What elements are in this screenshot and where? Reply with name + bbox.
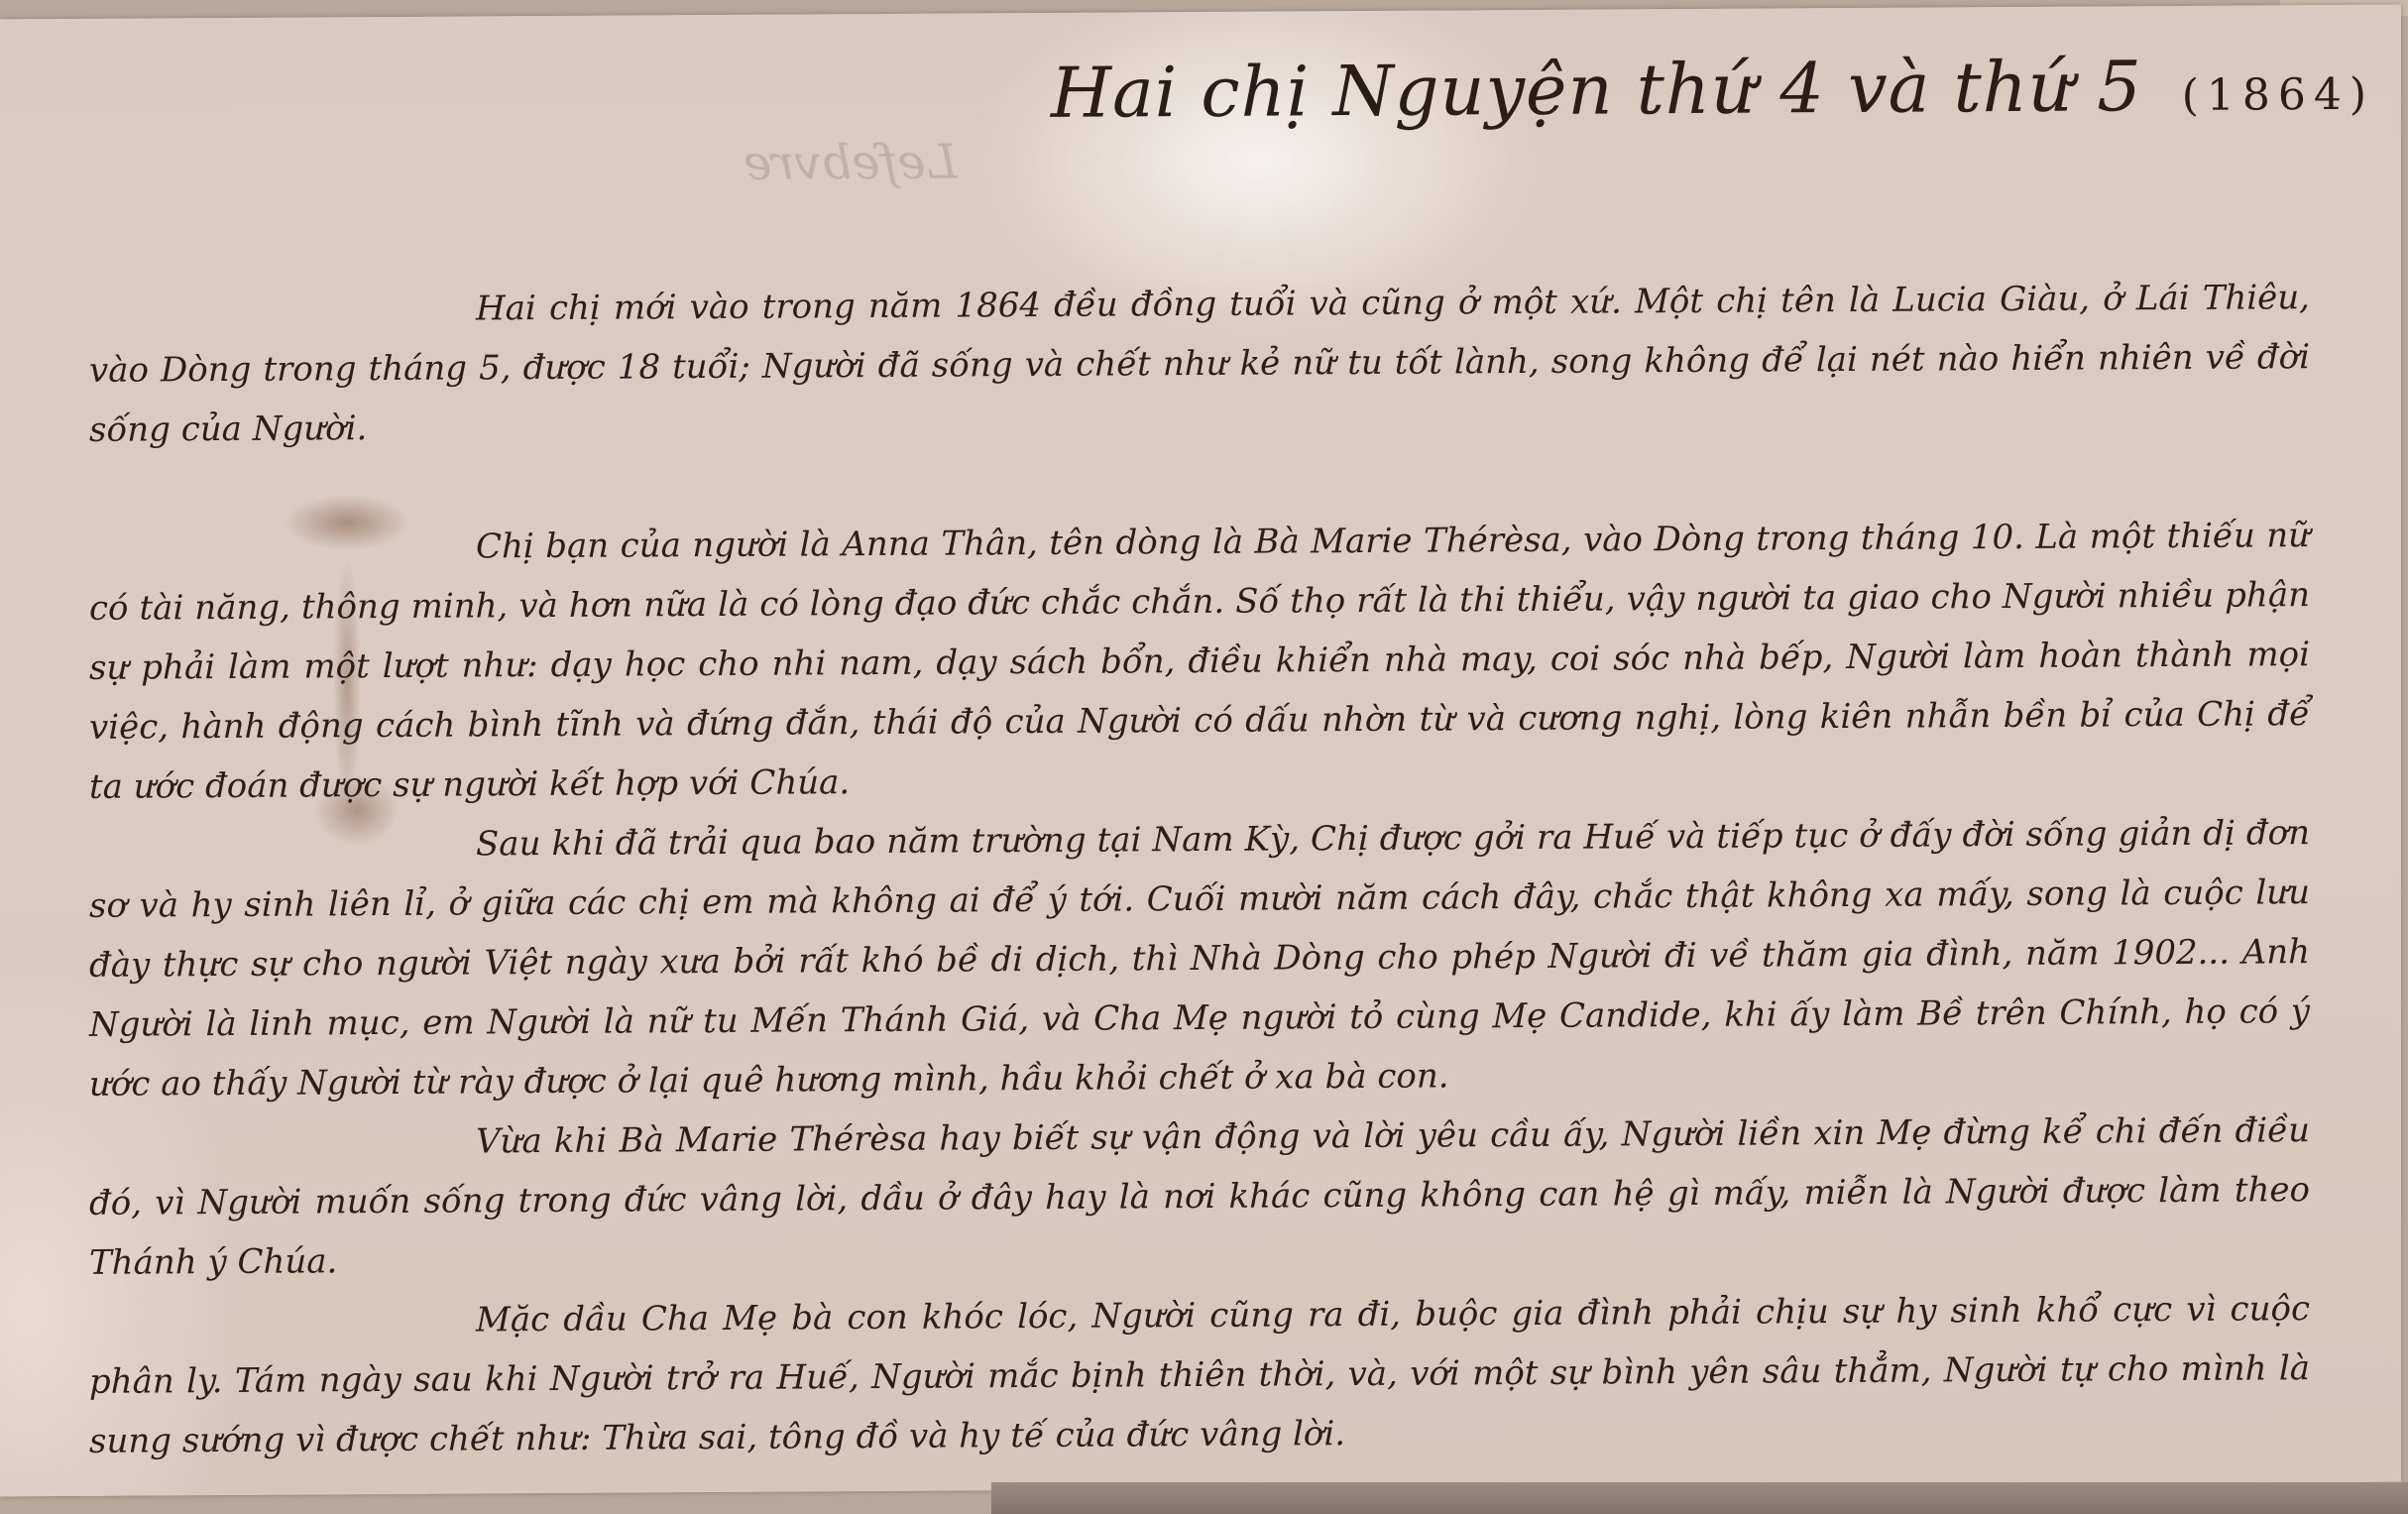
title-text: Hai chị Nguyện thứ 4 và thứ 5 (1051, 46, 2142, 134)
document-page: Lefebvre Hai chị Nguyện thứ 4 và thứ 5(1… (0, 5, 2401, 1497)
paragraph-5: Mặc dầu Cha Mẹ bà con khóc lóc, Người cũ… (89, 1279, 2310, 1471)
paragraph-2: Chị bạn của người là Anna Thân, tên dòng… (89, 506, 2310, 817)
paragraph-1: Hai chị mới vào trong năm 1864 đều đồng … (89, 268, 2310, 460)
page-title: Hai chị Nguyện thứ 4 và thứ 5(1864) (1051, 45, 2374, 134)
title-year: (1864) (2182, 69, 2374, 121)
document-body: Hai chị mới vào trong năm 1864 đều đồng … (89, 268, 2310, 1471)
page-shadow (991, 1482, 2408, 1514)
paragraph-3: Sau khi đã trải qua bao năm trường tại N… (89, 803, 2310, 1114)
paragraph-4: Vừa khi Bà Marie Thérèsa hay biết sự vận… (89, 1101, 2310, 1293)
bleed-through-text: Lefebvre (744, 134, 958, 190)
